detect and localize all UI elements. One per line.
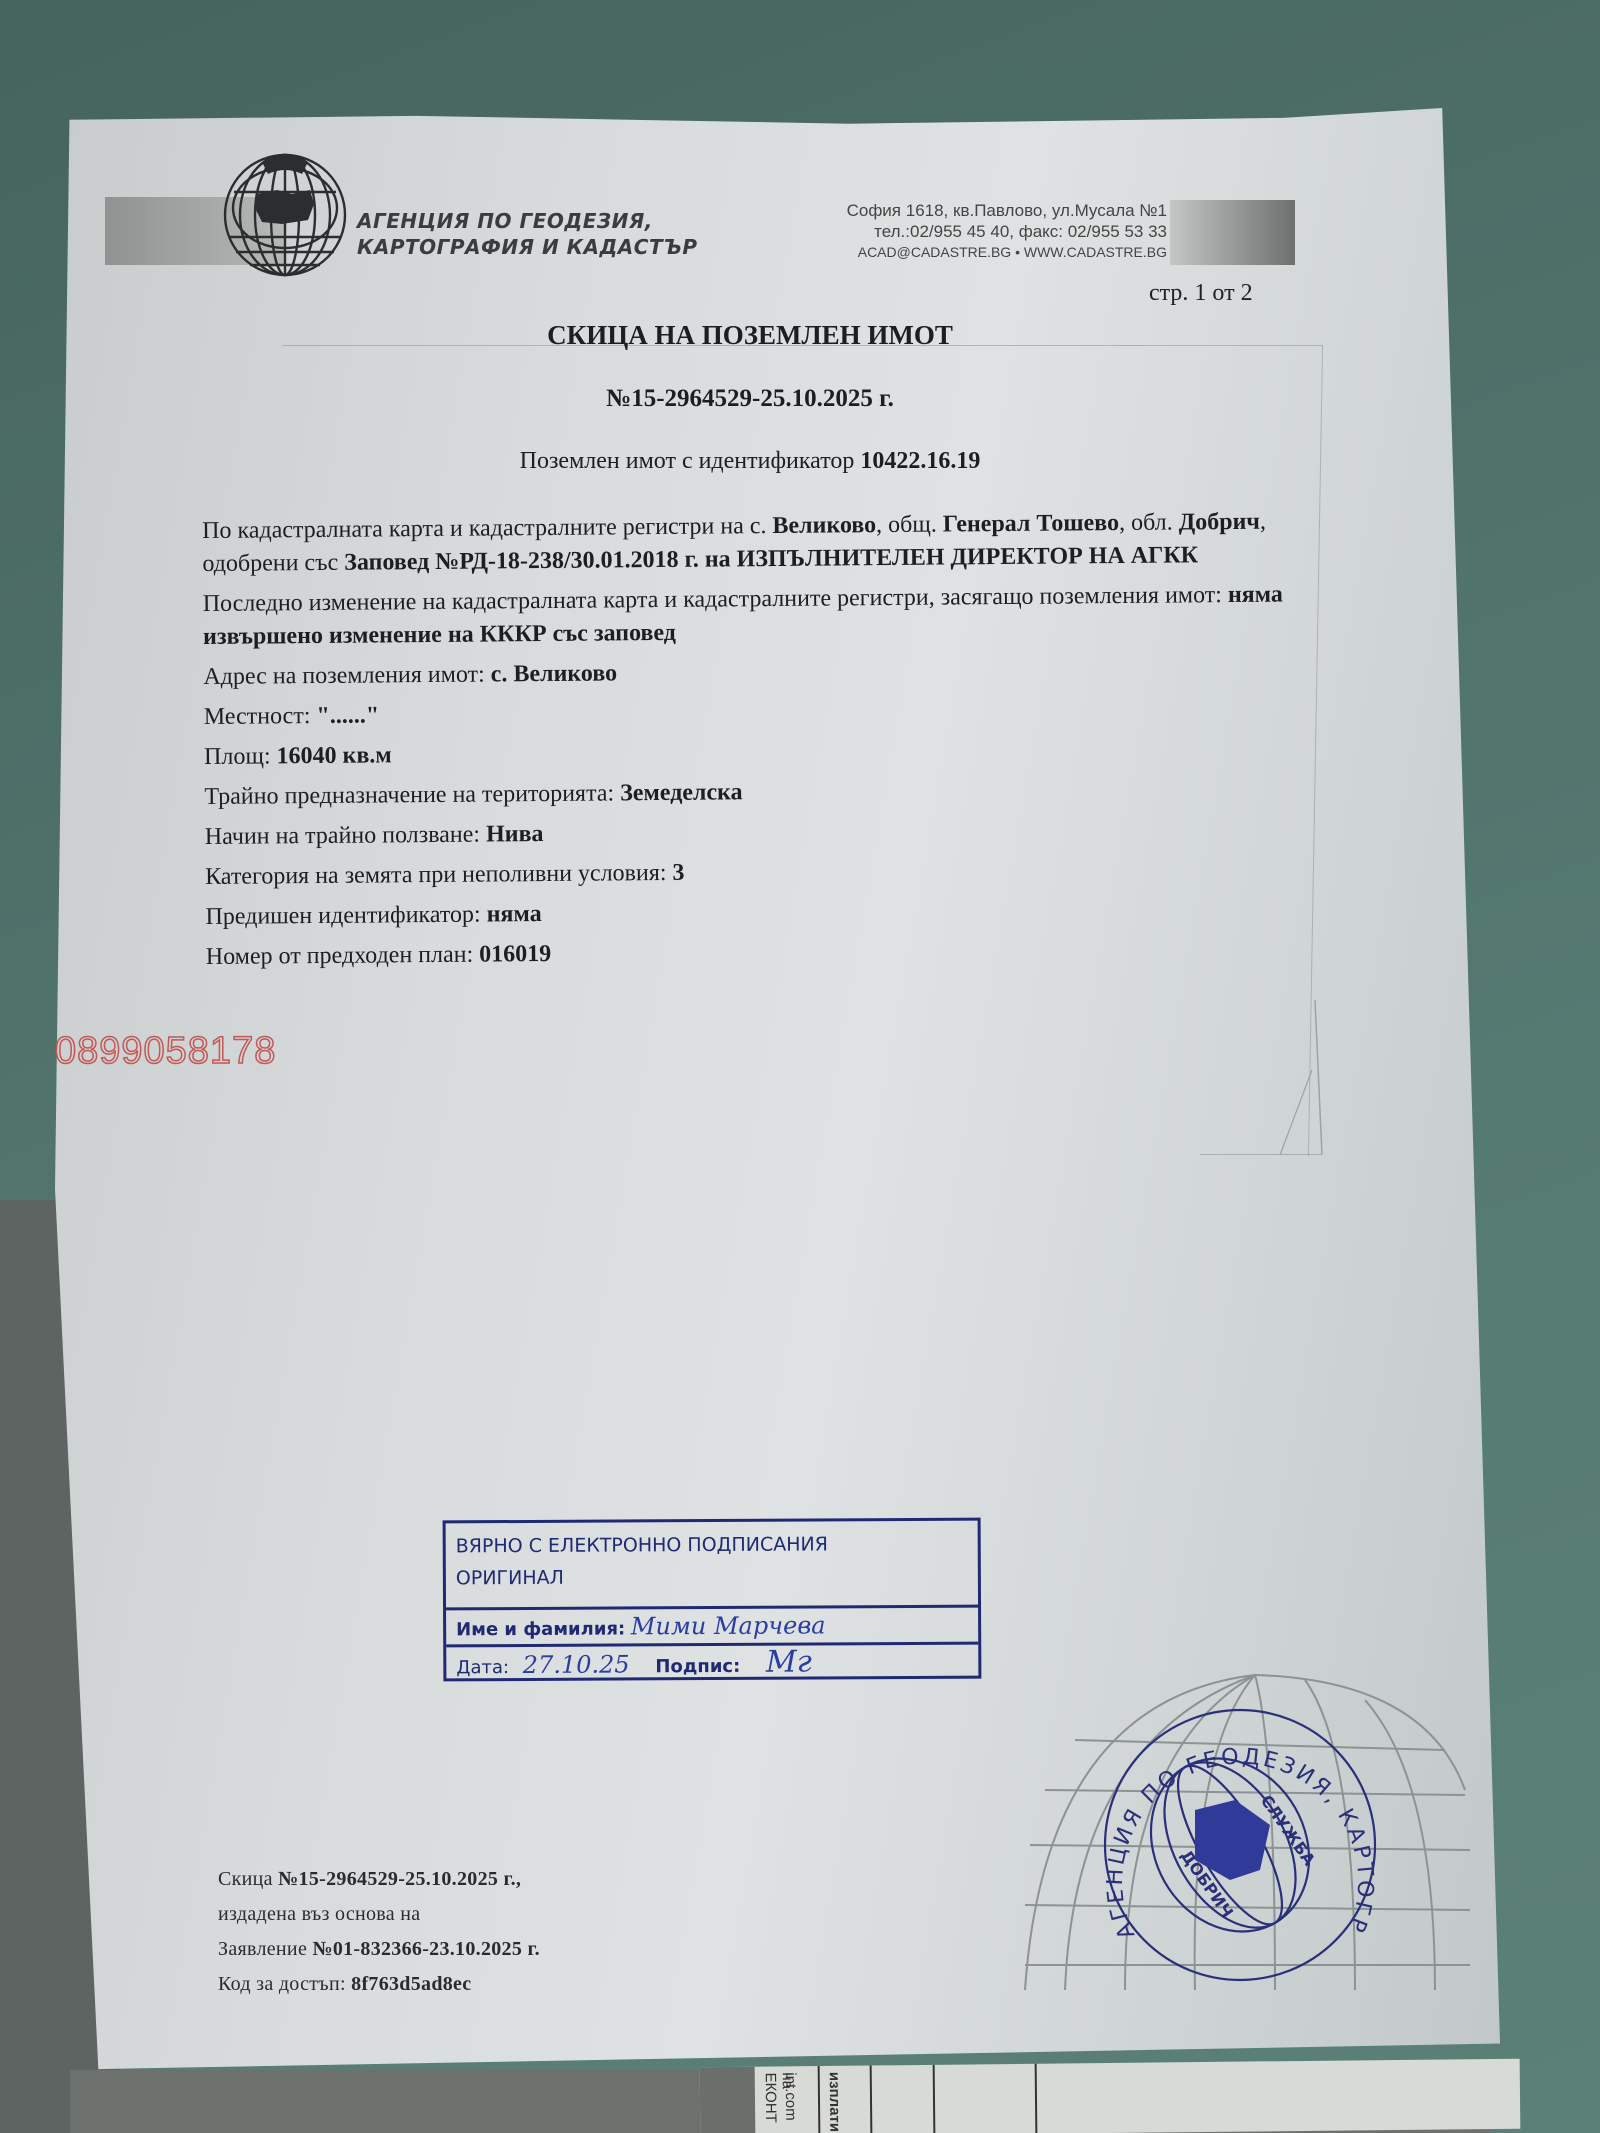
approval-order: Заповед №РД-18-238/30.01.2018 г. на ИЗПЪ…: [344, 542, 1198, 575]
property-identifier: Поземлен имот с идентификатор 10422.16.1…: [0, 448, 1500, 475]
document-number: №15-2964529-25.10.2025 г.: [0, 385, 1500, 413]
agency-contacts: София 1618, кв.Павлово, ул.Мусала №1 тел…: [812, 200, 1167, 263]
stamp-line-2: ОРИГИНАЛ: [456, 1561, 968, 1594]
municipality-name: Генерал Тошево: [943, 510, 1119, 538]
agency-phone: тел.:02/955 45 40, факс: 02/955 53 33: [812, 221, 1167, 242]
agency-address: София 1618, кв.Павлово, ул.Мусала №1: [812, 200, 1167, 221]
handwritten-date: 27.10.25: [523, 1650, 630, 1679]
header-gradient-bar-right: [1170, 200, 1295, 265]
field-address: Адрес на поземления имот: с. Великово: [203, 651, 1323, 694]
field-area: Площ: 16040 кв.м: [204, 731, 1324, 774]
stamp-date-row: Дата: 27.10.25 Подпис: Мг: [446, 1645, 978, 1682]
field-previous-plan-number: Номер от предходен план: 016019: [206, 931, 1326, 974]
field-usage: Начин на трайно ползване: Нива: [205, 811, 1325, 854]
globe-bulgaria-logo-icon: [222, 152, 348, 278]
field-purpose: Трайно предназначение на територията: Зе…: [204, 771, 1324, 814]
stamp-name-row: Име и фамилия: Мими Марчева: [446, 1608, 978, 1648]
agency-seal-icon: АГЕНЦИЯ ПО ГЕОДЕЗИЯ, КАРТОГРАФИЯ И КАДАС…: [1005, 1660, 1475, 2000]
field-locality: Местност: "......": [204, 691, 1324, 734]
phone-watermark: 0899058178: [55, 1030, 276, 1073]
sketch-corner-lines: [1200, 1000, 1325, 1155]
property-details: По кадастралната карта и кадастралните р…: [202, 505, 1326, 981]
handwritten-name: Мими Марчева: [631, 1611, 826, 1640]
agency-web: ACAD@CADASTRE.BG • WWW.CADASTRE.BG: [812, 242, 1167, 263]
agency-name: АГЕНЦИЯ ПО ГЕОДЕЗИЯ, КАРТОГРАФИЯ И КАДАС…: [357, 208, 698, 260]
page-indicator: стр. 1 от 2: [1149, 280, 1253, 307]
identifier-value: 10422.16.19: [860, 448, 980, 474]
last-change-paragraph: Последно изменение на кадастралната карт…: [203, 578, 1324, 654]
handwritten-signature: Мг: [766, 1644, 812, 1679]
stamp-line-1: ВЯРНО С ЕЛЕКТРОННО ПОДПИСАНИЯ: [456, 1527, 968, 1564]
footer-note: Скица №15-2964529-25.10.2025 г., издаден…: [218, 1862, 540, 2002]
slip-text-domain: int.com: [782, 2072, 800, 2121]
certification-stamp: ВЯРНО С ЕЛЕКТРОННО ПОДПИСАНИЯ ОРИГИНАЛ И…: [443, 1518, 982, 1682]
seal-outer-text: АГЕНЦИЯ ПО ГЕОДЕЗИЯ, КАРТОГРАФИЯ И КАДАС…: [1005, 1660, 1378, 1942]
field-previous-identifier: Предишен идентификатор: няма: [205, 891, 1325, 934]
field-land-category: Категория на земята при неполивни услови…: [205, 851, 1325, 894]
underlying-receipt-slip: на ЕКОНТ int.com изплати: [700, 2059, 1521, 2133]
access-code: Код за достъп: 8f763d5ad8ec: [218, 1967, 540, 2002]
village-name: Великово: [772, 512, 876, 539]
region-name: Добрич: [1179, 509, 1260, 536]
document-title: СКИЦА НА ПОЗЕМЛЕН ИМОТ: [0, 320, 1500, 351]
approval-paragraph: По кадастралната карта и кадастралните р…: [202, 505, 1323, 581]
slip-text-paid: изплати: [826, 2072, 844, 2132]
